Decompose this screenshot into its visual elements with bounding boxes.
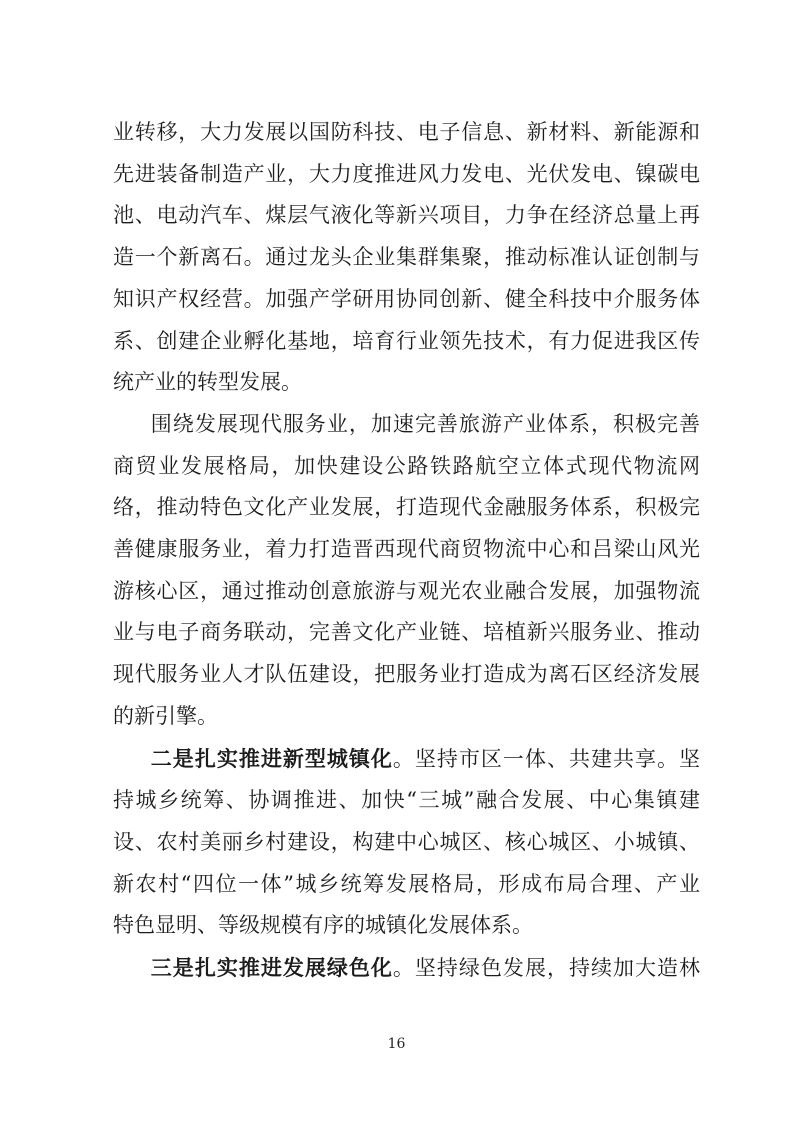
text-line: 持城乡统筹、协调推进、加快“三城”融合发展、中心集镇建 [113,780,700,822]
text-line: 设、农村美丽乡村建设，构建中心城区、核心城区、小城镇、 [113,822,700,864]
text-run: 。坚持绿色发展，持续加大造林 [393,956,700,980]
text-line: 围绕发展现代服务业，加速完善旅游产业体系，积极完善 [113,404,700,446]
text-line: 二是扎实推进新型城镇化。坚持市区一体、共建共享。坚 [113,738,700,781]
text-line: 游核心区，通过推动创意旅游与观光农业融合发展，加强物流 [113,571,700,613]
bold-run: 二是扎实推进新型城镇化 [151,746,393,771]
text-line: 业转移，大力发展以国防科技、电子信息、新材料、新能源和 [113,112,700,154]
text-line: 商贸业发展格局，加快建设公路铁路航空立体式现代物流网 [113,446,700,488]
paragraph: 业转移，大力发展以国防科技、电子信息、新材料、新能源和 先进装备制造产业，大力度… [113,112,700,404]
paragraph: 二是扎实推进新型城镇化。坚持市区一体、共建共享。坚 持城乡统筹、协调推进、加快“… [113,738,700,948]
paragraph: 围绕发展现代服务业，加速完善旅游产业体系，积极完善 商贸业发展格局，加快建设公路… [113,404,700,738]
text-line: 三是扎实推进发展绿色化。坚持绿色发展，持续加大造林 [113,947,700,990]
text-line: 造一个新离石。通过龙头企业集群集聚，推动标准认证创制与 [113,237,700,279]
text-line: 统产业的转型发展。 [113,362,700,404]
text-line: 特色显明、等级规模有序的城镇化发展体系。 [113,905,700,947]
text-line: 先进装备制造产业，大力度推进风力发电、光伏发电、镍碳电 [113,154,700,196]
text-line: 现代服务业人才队伍建设，把服务业打造成为离石区经济发展 [113,654,700,696]
text-line: 络，推动特色文化产业发展，打造现代金融服务体系，积极完 [113,487,700,529]
text-line: 业与电子商务联动，完善文化产业链、培植新兴服务业、推动 [113,612,700,654]
text-block: 业转移，大力发展以国防科技、电子信息、新材料、新能源和 先进装备制造产业，大力度… [113,112,700,990]
text-run: 。坚持市区一体、共建共享。坚 [393,747,700,771]
text-line: 知识产权经营。加强产学研用协同创新、健全科技中介服务体 [113,279,700,321]
text-line: 池、电动汽车、煤层气液化等新兴项目，力争在经济总量上再 [113,195,700,237]
bold-run: 三是扎实推进发展绿色化 [151,955,393,980]
text-line: 新农村“四位一体”城乡统筹发展格局，形成布局合理、产业 [113,864,700,906]
text-line: 系、创建企业孵化基地，培育行业领先技术，有力促进我区传 [113,321,700,363]
page-number: 16 [0,1036,793,1052]
page: 业转移，大力发展以国防科技、电子信息、新材料、新能源和 先进装备制造产业，大力度… [0,0,793,1122]
paragraph: 三是扎实推进发展绿色化。坚持绿色发展，持续加大造林 [113,947,700,990]
text-line: 善健康服务业，着力打造晋西现代商贸物流中心和吕梁山风光 [113,529,700,571]
text-line: 的新引擎。 [113,696,700,738]
